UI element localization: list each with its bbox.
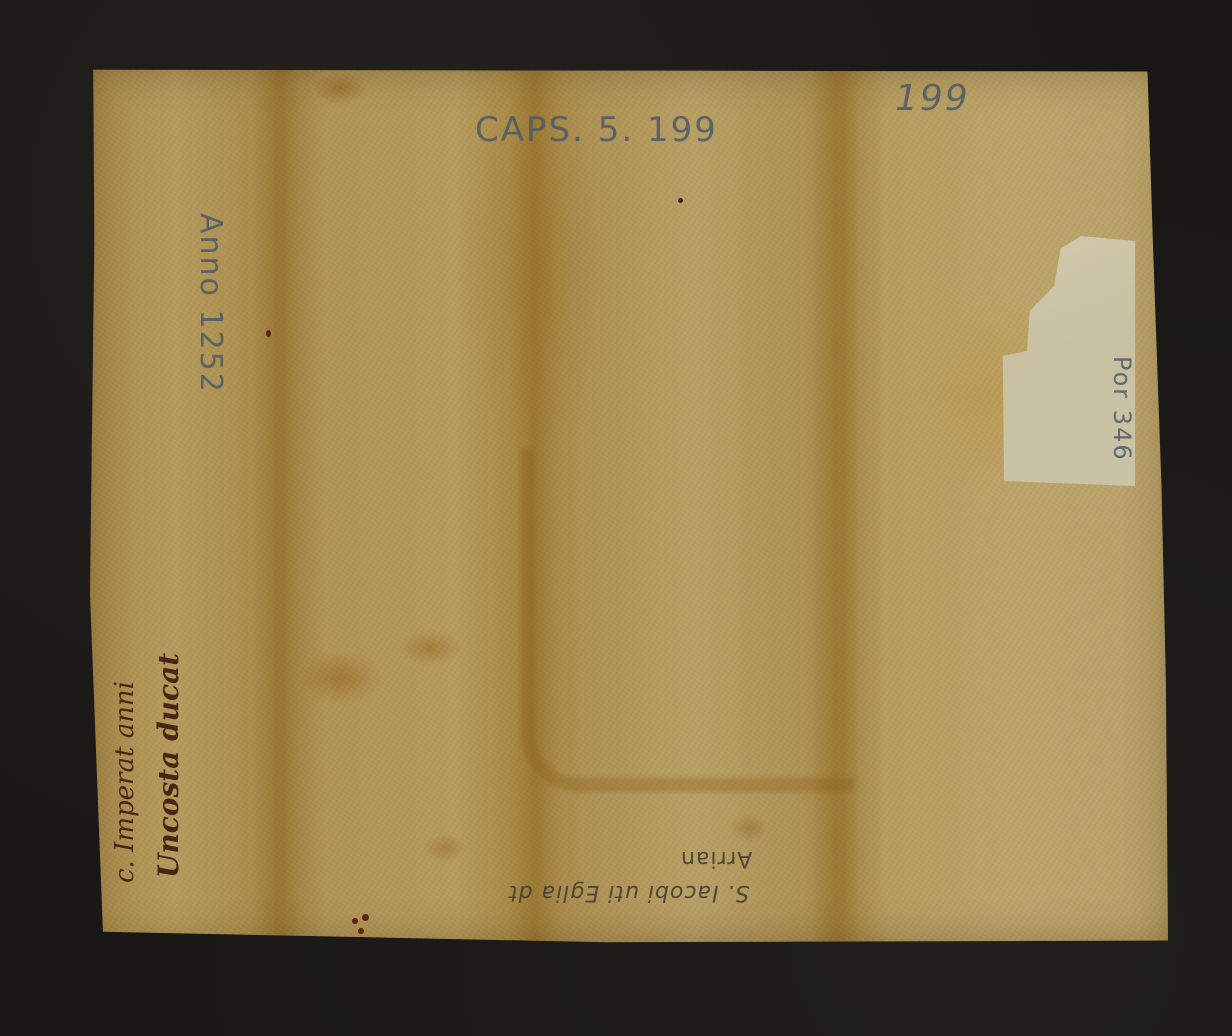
ink-dot bbox=[358, 928, 364, 934]
folio-number: 199 bbox=[895, 78, 970, 119]
inventory-annotation: Por 346 bbox=[1108, 356, 1136, 462]
inverted-note-line-2: S. Iacobi uti Eglia dt bbox=[508, 880, 749, 905]
medieval-note-line-2: Uncosta ducat bbox=[152, 653, 185, 878]
ink-dot bbox=[352, 918, 358, 924]
ink-dot bbox=[678, 198, 683, 203]
year-annotation: Anno 1252 bbox=[193, 213, 228, 394]
ink-dot bbox=[266, 330, 271, 337]
fold-line-1 bbox=[250, 68, 300, 944]
water-stain-trail bbox=[520, 448, 854, 792]
medieval-note-line-1: c. Imperat anni bbox=[110, 681, 140, 883]
shelfmark-annotation: CAPS. 5. 199 bbox=[475, 110, 718, 150]
inverted-note-line-1: Arrian bbox=[680, 846, 752, 871]
ink-dot bbox=[362, 914, 369, 921]
parchment-sheet: CAPS. 5. 199 199 Anno 1252 Por 346 c. Im… bbox=[90, 68, 1168, 944]
